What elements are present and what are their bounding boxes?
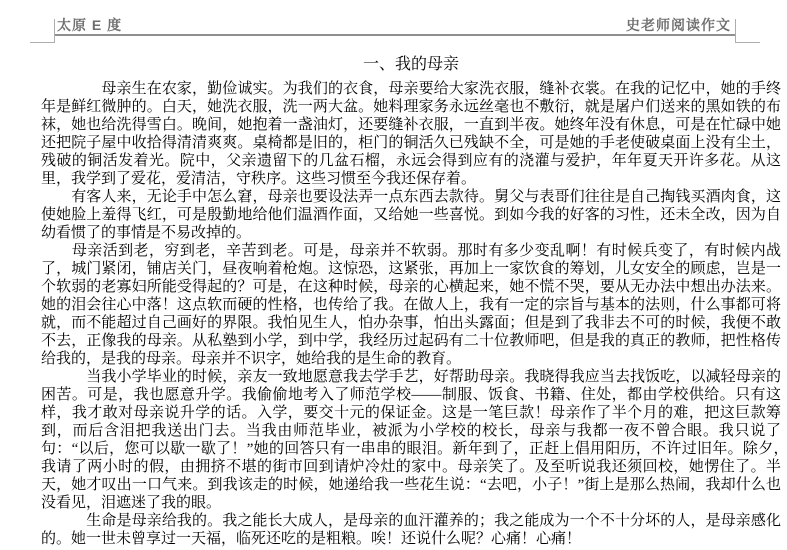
margin-corner-mark-left	[30, 19, 55, 43]
paragraph-2: 有客人来，无论手中怎么窘，母亲也要设法弄一点东西去款待。舅父与表哥们往往是自己掏…	[41, 188, 781, 242]
document-body: 一、我的母亲 母亲生在农家，勤俭诚实。为我们的衣食，母亲要给大家洗衣服，缝补衣裳…	[41, 55, 781, 548]
paragraph-1: 母亲生在农家，勤俭诚实。为我们的衣食，母亲要给大家洗衣服，缝补衣裳。在我的记忆中…	[41, 80, 781, 188]
header-right-text: 史老师阅读作文	[626, 17, 735, 34]
margin-corner-mark-right	[735, 19, 760, 43]
header-left-text: 太原 E 度	[55, 17, 122, 34]
paragraph-4: 当我小学毕业的时候，亲友一致地愿意我去学手艺，好帮助母亲。我晓得我应当去找饭吃，…	[41, 368, 781, 512]
paragraph-5: 生命是母亲给我的。我之能长大成人，是母亲的血汗灌养的；我之能成为一个不十分坏的人…	[41, 512, 781, 548]
document-page: 太原 E 度 史老师阅读作文 一、我的母亲 母亲生在农家，勤俭诚实。为我们的衣食…	[0, 0, 787, 550]
paragraph-3: 母亲活到老，穷到老，辛苦到老。可是，母亲并不软弱。那时有多少变乱啊！有时候兵变了…	[41, 242, 781, 368]
document-title: 一、我的母亲	[41, 55, 781, 75]
page-header: 太原 E 度 史老师阅读作文	[55, 17, 735, 36]
